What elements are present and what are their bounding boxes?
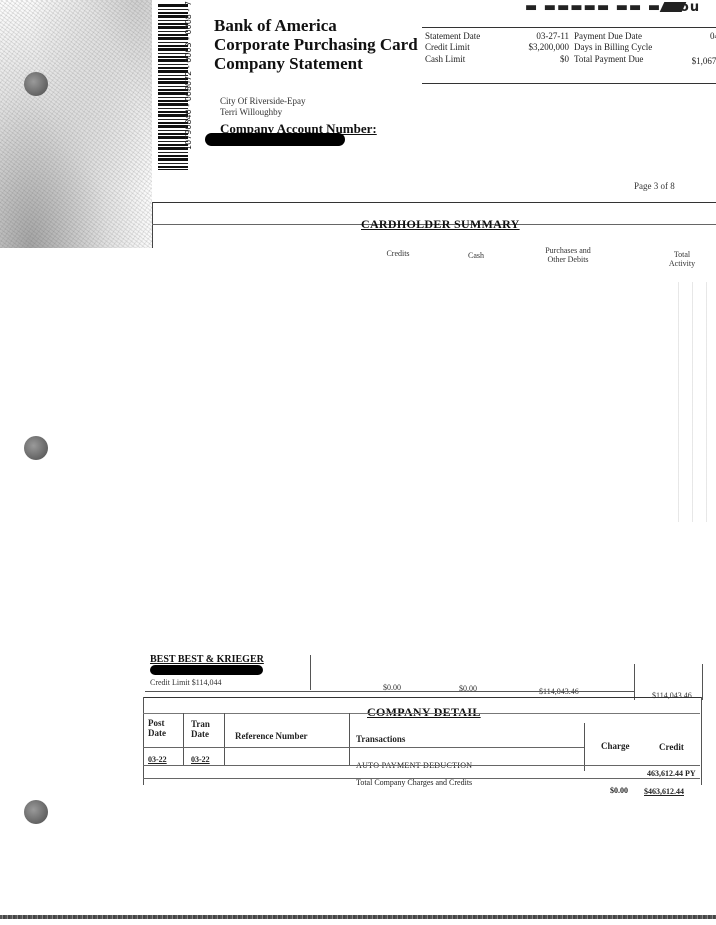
bank-logo-flag-icon	[660, 2, 687, 12]
table-border	[349, 713, 350, 765]
divider	[143, 713, 700, 714]
divider	[422, 83, 716, 84]
scan-speckle-margin	[0, 0, 152, 248]
post-date-cell: 03-22	[148, 755, 167, 764]
column-header-total-activity: Total Activity	[664, 250, 700, 268]
total-charge: $0.00	[610, 786, 628, 795]
statement-details: Statement Date 03-27-11 Payment Due Date…	[425, 31, 716, 67]
customer-name: City Of Riverside-Epay	[220, 96, 305, 107]
column-header-transactions: Transactions	[356, 734, 405, 744]
column-header-credits: Credits	[381, 249, 415, 258]
contact-name: Terri Willoughby	[220, 107, 305, 118]
statement-row: Cash Limit $0 Total Payment Due $1,067,1…	[425, 54, 716, 67]
customer-block: City Of Riverside-Epay Terri Willoughby	[220, 96, 305, 118]
tran-date-cell: 03-22	[191, 755, 210, 764]
total-payment-due-value: $1,067,114.	[674, 54, 716, 67]
cash-limit-label: Cash Limit	[425, 54, 505, 67]
column-header-post-date: Post Date	[148, 718, 166, 738]
table-border	[634, 664, 635, 700]
total-payment-due-label: Total Payment Due	[569, 54, 674, 67]
statement-type: Company Statement	[214, 54, 418, 73]
table-border	[310, 655, 311, 690]
redacted-account-number	[205, 133, 345, 146]
cardholder-credit-limit: Credit Limit $114,044	[150, 678, 221, 687]
page-indicator: Page 3 of 8	[634, 181, 675, 191]
scan-edge	[0, 915, 716, 919]
divider	[143, 747, 584, 748]
divider	[143, 765, 700, 766]
table-border	[183, 713, 184, 765]
barcode-number: 10790840 - 008072 - 0003 - 0008 - 7	[184, 1, 193, 150]
statement-title: Bank of America Corporate Purchasing Car…	[214, 16, 418, 73]
column-header-cash: Cash	[464, 251, 488, 260]
card-program: Corporate Purchasing Card	[214, 35, 418, 54]
punch-hole	[24, 800, 48, 824]
column-header-charge: Charge	[601, 741, 630, 751]
column-header-tran-date: Tran Date	[191, 719, 210, 739]
total-label: Total Company Charges and Credits	[356, 778, 472, 787]
billing-cycle-label: Days in Billing Cycle	[569, 42, 674, 53]
statement-date-label: Statement Date	[425, 31, 505, 42]
billing-cycle-value	[674, 42, 716, 53]
statement-date-value: 03-27-11	[505, 31, 569, 42]
credit-limit-label: Credit Limit	[425, 42, 505, 53]
punch-hole	[24, 436, 48, 460]
divider	[422, 27, 716, 28]
table-border	[152, 202, 153, 248]
total-credit: $463,612.44	[644, 787, 684, 796]
divider	[145, 691, 635, 692]
table-border	[224, 713, 225, 765]
payment-due-date-label: Payment Due Date	[569, 31, 674, 42]
bank-name: Bank of America	[214, 16, 418, 35]
redacted-card-number	[150, 665, 263, 675]
statement-row: Statement Date 03-27-11 Payment Due Date…	[425, 31, 716, 42]
faded-handwriting	[670, 282, 710, 522]
payment-due-date-value: 04-19-	[674, 31, 716, 42]
statement-row: Credit Limit $3,200,000 Days in Billing …	[425, 42, 716, 53]
credit-cell: 463,612.44 PY	[647, 769, 696, 778]
punch-hole	[24, 72, 48, 96]
table-border	[702, 664, 703, 700]
column-header-credit: Credit	[659, 742, 684, 752]
credit-limit-value: $3,200,000	[505, 42, 569, 53]
cardholder-summary-title: CARDHOLDER SUMMARY	[361, 217, 520, 232]
divider	[152, 202, 716, 203]
table-border	[584, 723, 585, 771]
column-header-reference-number: Reference Number	[235, 731, 308, 741]
cardholder-name: BEST BEST & KRIEGER	[150, 654, 264, 665]
cash-limit-value: $0	[505, 54, 569, 67]
column-header-purchases: Purchases and Other Debits	[538, 246, 598, 264]
